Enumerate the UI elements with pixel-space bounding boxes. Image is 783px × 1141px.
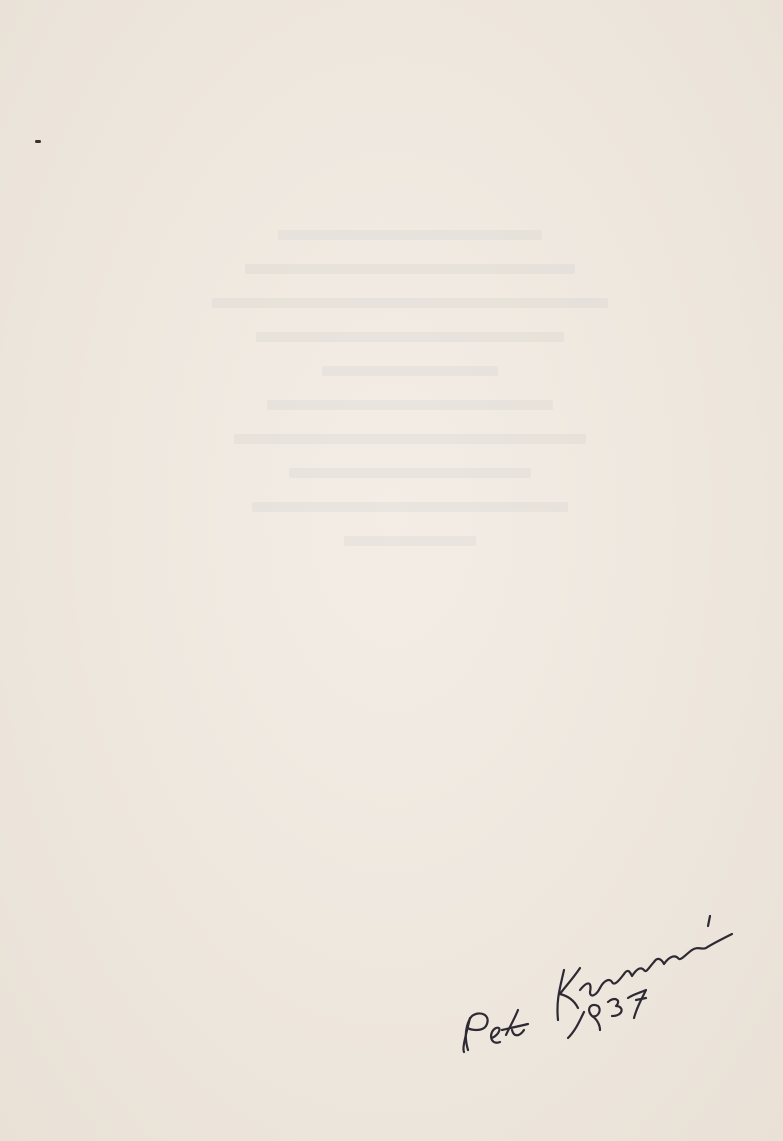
show-through-text [190, 230, 630, 730]
paper-speck [35, 140, 41, 143]
handwritten-signature: Pet Karmin 1937 [440, 870, 760, 1070]
book-page: Pet Karmin 1937 [0, 0, 783, 1141]
signature-ink-icon [440, 870, 760, 1070]
